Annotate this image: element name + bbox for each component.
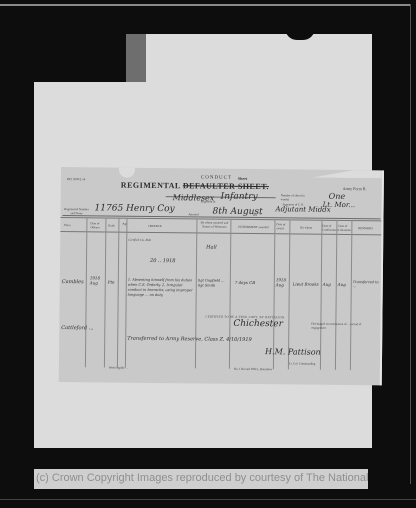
col-rank: Rank [108,223,114,227]
col-divider [335,220,338,370]
officer-signature: H.M. Pattison [265,347,321,357]
certified-signature: Chichester [233,319,283,330]
certified-label: Certified S.G. Ablo [128,238,151,242]
conduct-stamp: Sheet [238,176,247,181]
sheet-number: One [329,192,346,201]
copyright-banner: (c) Crown Copyright Images reproduced by… [34,469,368,489]
row-liberation: Aug [338,282,346,287]
row-place: Cambles [62,279,84,285]
backing-page-cutout [34,34,126,82]
col-divider [195,218,198,368]
col-date-offence: Date of Offence [90,221,104,229]
row-remarks: Transferred to ... [353,280,381,288]
certified-date: 20 .. 1918 [150,258,176,264]
form-code: PAY 2000/2-14 [67,177,85,181]
col-punishment: PUNISHMENT awarded [238,225,268,229]
col-confinement: Date of Confinement [322,224,336,232]
conduct-label: CONDUCT [201,175,232,180]
col-divider [104,217,107,367]
attested-label: Attested [188,212,198,216]
col-divider [350,220,353,370]
row-date: 1918 Aug [90,275,104,285]
col-by-whom: By whom [300,226,312,230]
row-reported-by: Sgt Gupfield ... Sgt Smith [198,278,228,288]
col-reported-by: By whom reported and Names of Witnesses [198,220,230,228]
frame-top-edge [0,4,410,6]
frame-bottom-edge [0,499,416,500]
sheet-title: REGIMENTAL DEFAULTER SHEET. [121,181,269,192]
officer-title: Lt. Col. Commanding [289,361,315,365]
reg-number-name: 11765 Henry Coy [95,203,175,214]
sheet-number-label: Number of sheet (in words) [281,193,311,201]
punch-hole [119,167,135,178]
torn-edge [312,170,382,179]
col-divider [117,218,120,368]
col-liberation: Date of Liberation [338,224,352,232]
certified-note: Hall [206,245,217,251]
discharge-stamp: Discharged on termination of ... period … [311,322,371,331]
col-date-award: Date of award [276,222,288,230]
col-divider [85,217,88,367]
struck-title: DEFAULTER SHEET. [183,181,269,191]
backing-page-shadow [126,34,146,82]
attested-year: 191 [252,213,257,217]
adjutant-signature: Adjutant Middx [276,205,331,214]
row-punishment: 7 days CB [235,280,255,285]
row-confinement: Aug [323,282,331,287]
transfer-note: Cattleford ... [61,325,93,331]
row-rank: Pte [108,279,115,284]
col-divider [229,219,232,369]
corps-name: Infantry [221,192,258,202]
record-office: No. 1 Record Office, Hounslow [234,367,272,371]
col-place: Place [64,223,71,227]
copyright-text: (c) Crown Copyright Images reproduced by… [36,472,368,484]
col-offence: OFFENCE [148,224,161,228]
transferred-text: Transferred to Army Reserve, Class Z. 4/… [127,336,252,343]
footer-note: Write legibly ... [109,366,128,370]
col-remarks: REMARKS [358,226,373,230]
regiment-label: Regiment or [201,199,216,203]
row-by-whom: Lieut Brooks [293,281,319,286]
row-offence: 1. Absenting himself from his duties whe… [128,278,194,299]
frame-right-edge [410,4,411,484]
row-date-award: 1918 Aug [276,277,288,287]
army-form: Army Form B. [343,186,367,191]
defaulter-sheet: PAY 2000/2-14 CONDUCT Sheet REGIMENTAL D… [59,167,384,385]
